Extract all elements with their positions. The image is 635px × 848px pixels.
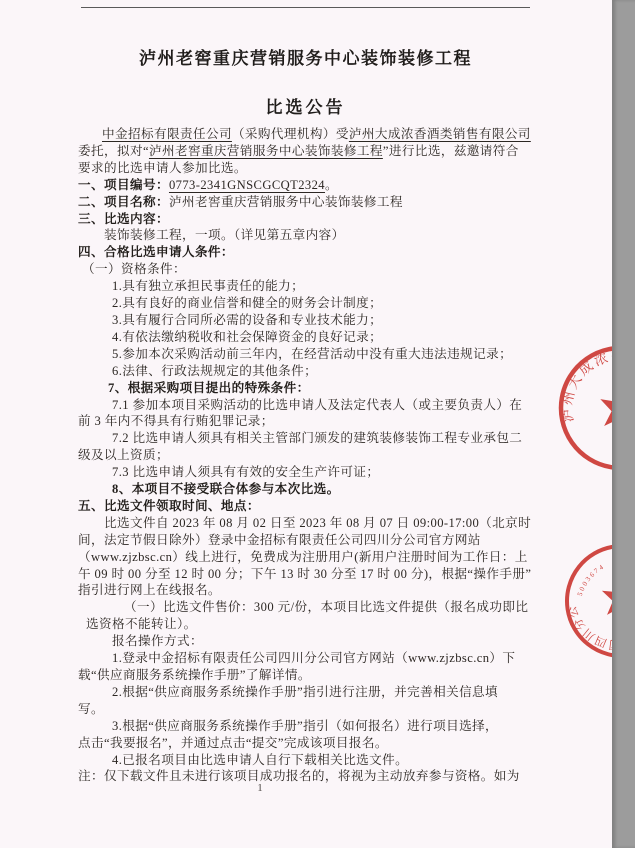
text-segment: 三、比选内容：: [78, 212, 169, 226]
seal-code: 5003674: [568, 562, 612, 600]
text-line: 比选文件自 2023 年 08 月 02 日至 2023 年 08 月 07 日…: [78, 515, 548, 532]
text-segment: 泸州老窖重庆营销服务中心装饰装修工程: [149, 144, 383, 158]
text-line: 一、项目编号：0773-2341GNSCGCQT2324。: [78, 177, 548, 194]
text-line: 1.具有独立承担民事责任的能力；: [78, 278, 548, 295]
text-segment: 一、项目编号：: [78, 178, 169, 192]
text-segment: 要求的比选申请人参加比选。: [78, 161, 247, 175]
text-segment: 3.具有履行合同所必需的设备和专业技术能力；: [112, 313, 382, 327]
text-line: 5.参加本次采购活动前三年内，在经营活动中没有重大违法违规记录；: [78, 346, 548, 363]
text-segment: 四、合格比选申请人条件：: [78, 245, 234, 259]
text-segment: 点击“我要报名”，并通过点击“提交”完成该项目报名。: [78, 736, 388, 750]
text-line: 4.已报名项目由比选申请人自行下载相关比选文件。: [78, 752, 548, 769]
scanned-document: { "doc": { "title": "泸州老窖重庆营销服务中心装饰装修工程"…: [0, 0, 635, 848]
text-segment: （www.zjzbsc.cn）线上进行，免费成为注册用户(新用户注册时间为工作日…: [78, 550, 528, 564]
text-segment: 3.根据“供应商服务系统操作手册”指引（如何报名）进行项目选择，: [112, 719, 498, 733]
text-segment: 6.法律、行政法规规定的其他条件；: [112, 364, 317, 378]
text-line: 三、比选内容：: [78, 211, 548, 228]
text-line: 7、根据采购项目提出的特殊条件：: [78, 380, 548, 397]
text-segment: 4.有依法缴纳税收和社会保障资金的良好记录；: [112, 330, 382, 344]
text-segment: 7、根据采购项目提出的特殊条件：: [108, 381, 310, 395]
text-line: 4.有依法缴纳税收和社会保障资金的良好记录；: [78, 329, 548, 346]
text-line: 7.3 比选申请人须具有有效的安全生产许可证；: [78, 464, 548, 481]
text-segment: 委托，拟对“: [78, 144, 149, 158]
star-icon: [596, 384, 612, 433]
seal-text: 泸州大成浓香酒类销售有限公司: [541, 328, 612, 444]
text-segment: 间，法定节假日除外）登录中金招标有限责任公司四川分公司官方网站: [78, 533, 481, 547]
text-line: 五、比选文件领取时间、地点：: [78, 498, 548, 515]
text-line: 1.登录中金招标有限责任公司四川分公司官方网站（www.zjzbsc.cn）下: [78, 650, 548, 667]
document-body: 中金招标有限责任公司（采购代理机构）受泸州大成浓香酒类销售有限公司委托，拟对“泸…: [78, 126, 548, 785]
text-segment: 4.已报名项目由比选申请人自行下载相关比选文件。: [112, 753, 408, 767]
text-line: 7.2 比选申请人须具有相关主管部门颁发的建筑装修装饰工程专业承包二: [78, 430, 548, 447]
text-line: 中金招标有限责任公司（采购代理机构）受泸州大成浓香酒类销售有限公司: [78, 126, 548, 143]
text-line: 选资格不能转让）。: [78, 616, 548, 633]
text-segment: （一）比选文件售价：300 元/份，本项目比选文件提供（报名成功即比: [124, 600, 528, 614]
text-line: 注：仅下载文件且未进行该项目成功报名的，将视为主动放弃参与资格。如为: [78, 768, 548, 785]
text-line: （www.zjzbsc.cn）线上进行，免费成为注册用户(新用户注册时间为工作日…: [78, 549, 548, 566]
text-segment: ”进行比选，兹邀请符合: [383, 144, 519, 158]
text-segment: 泸州大成浓香酒类销售有限公司: [349, 127, 531, 141]
text-line: 午 09 时 00 分至 12 时 00 分；下午 13 时 30 分至 17 …: [78, 566, 548, 583]
text-line: 载“供应商服务系统操作手册”了解详情。: [78, 667, 548, 684]
text-segment: 。: [325, 178, 338, 192]
text-segment: 选资格不能转让）。: [86, 617, 197, 631]
svg-text:5003674: 5003674: [568, 562, 612, 600]
text-segment: 7.3 比选申请人须具有有效的安全生产许可证；: [112, 465, 379, 479]
text-line: 写。: [78, 701, 548, 718]
text-segment: （采购代理机构）受: [232, 127, 349, 141]
text-segment: 写。: [78, 702, 104, 716]
text-line: 3.具有履行合同所必需的设备和专业技术能力；: [78, 312, 548, 329]
text-line: 6.法律、行政法规规定的其他条件；: [78, 363, 548, 380]
text-line: 3.根据“供应商服务系统操作手册”指引（如何报名）进行项目选择，: [78, 718, 548, 735]
text-segment: 7.1 参加本项目采购活动的比选申请人及法定代表人（或主要负责人）在: [112, 398, 522, 412]
text-segment: （一）资格条件：: [82, 262, 186, 276]
text-segment: 8、本项目不接受联合体参与本次比选。: [112, 482, 340, 496]
text-segment: 装饰装修工程，一项。（详见第五章内容）: [104, 228, 345, 242]
text-segment: 二、项目名称：: [78, 195, 169, 209]
text-segment: 指引进行网上在线报名。: [78, 583, 221, 597]
text-line: 7.1 参加本项目采购活动的比选申请人及法定代表人（或主要负责人）在: [78, 397, 548, 414]
text-segment: 1.登录中金招标有限责任公司四川分公司官方网站（www.zjzbsc.cn）下: [112, 651, 515, 665]
text-line: 报名操作方式：: [78, 633, 548, 650]
document-page: 泸州老窖重庆营销服务中心装饰装修工程 比选公告 中金招标有限责任公司（采购代理机…: [0, 0, 612, 848]
text-line: 指引进行网上在线报名。: [78, 582, 548, 599]
text-line: 委托，拟对“泸州老窖重庆营销服务中心装饰装修工程”进行比选，兹邀请符合: [78, 143, 548, 160]
document-subtitle: 比选公告: [78, 93, 533, 118]
text-segment: 2.具有良好的商业信誉和健全的财务会计制度；: [112, 296, 382, 310]
text-line: 2.具有良好的商业信誉和健全的财务会计制度；: [78, 295, 548, 312]
text-line: 8、本项目不接受联合体参与本次比选。: [78, 481, 548, 498]
text-line: 前 3 年内不得具有行贿犯罪记录；: [78, 413, 548, 430]
text-segment: 午 09 时 00 分至 12 时 00 分；下午 13 时 30 分至 17 …: [78, 567, 531, 581]
star-icon: [595, 575, 612, 628]
text-segment: 泸州老窖重庆营销服务中心装饰装修工程: [169, 195, 403, 209]
text-segment: 比选文件自 2023 年 08 月 02 日至 2023 年 08 月 07 日…: [104, 516, 531, 530]
svg-text:泸州大成浓香酒类销售有限公司: 泸州大成浓香酒类销售有限公司: [541, 328, 612, 444]
text-line: 四、合格比选申请人条件：: [78, 244, 548, 261]
text-segment: 报名操作方式：: [112, 634, 203, 648]
text-line: 二、项目名称：泸州老窖重庆营销服务中心装饰装修工程: [78, 194, 548, 211]
text-segment: 0773-2341GNSCGCQT2324: [169, 178, 325, 192]
document-title: 泸州老窖重庆营销服务中心装饰装修工程: [78, 44, 533, 69]
text-segment: 中金招标有限责任公司: [102, 127, 232, 141]
text-segment: 1.具有独立承担民事责任的能力；: [112, 279, 304, 293]
text-segment: 2.根据“供应商服务系统操作手册”指引进行注册，并完善相关信息填: [112, 685, 498, 699]
text-line: 要求的比选申请人参加比选。: [78, 160, 548, 177]
scanner-background-edge: [612, 0, 635, 848]
text-line: 间，法定节假日除外）登录中金招标有限责任公司四川分公司官方网站: [78, 532, 548, 549]
text-line: 装饰装修工程，一项。（详见第五章内容）: [78, 227, 548, 244]
text-segment: 前 3 年内不得具有行贿犯罪记录；: [78, 414, 274, 428]
text-line: （一）资格条件：: [78, 261, 548, 278]
buyer-company-seal: 泸州大成浓香酒类销售有限公司: [541, 328, 612, 488]
text-line: 点击“我要报名”，并通过点击“提交”完成该项目报名。: [78, 735, 548, 752]
text-segment: 五、比选文件领取时间、地点：: [78, 499, 260, 513]
header-rule: [81, 7, 530, 8]
text-segment: 5.参加本次采购活动前三年内，在经营活动中没有重大违法违规记录；: [112, 347, 512, 361]
text-line: （一）比选文件售价：300 元/份，本项目比选文件提供（报名成功即比: [78, 599, 548, 616]
text-segment: 级及以上资质；: [78, 448, 169, 462]
agency-branch-seal: 中金招标有限责任公司四川分公司 5003674: [547, 526, 612, 676]
text-segment: 7.2 比选申请人须具有相关主管部门颁发的建筑装修装饰工程专业承包二: [112, 431, 522, 445]
page-number: 1: [220, 782, 300, 794]
text-line: 2.根据“供应商服务系统操作手册”指引进行注册，并完善相关信息填: [78, 684, 548, 701]
text-line: 级及以上资质；: [78, 447, 548, 464]
text-segment: 载“供应商服务系统操作手册”了解详情。: [78, 668, 311, 682]
